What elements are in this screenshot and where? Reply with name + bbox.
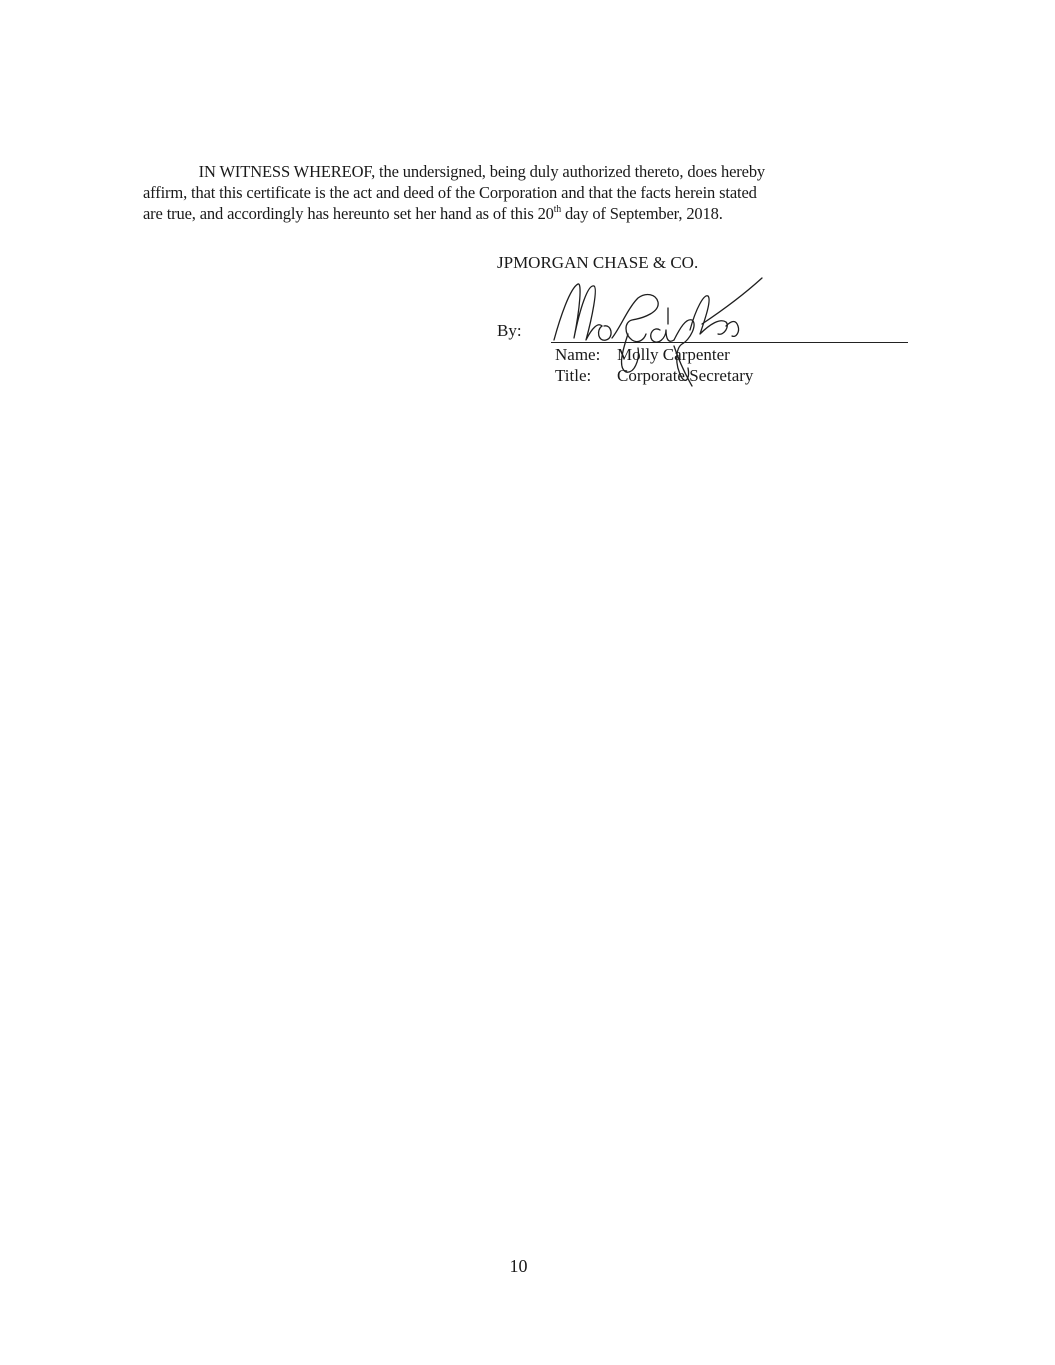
page-number: 10 <box>0 1256 1037 1277</box>
witness-line-3-after: day of September, 2018. <box>561 204 723 223</box>
signatory-name: Molly Carpenter <box>617 344 730 365</box>
witness-line-2: affirm, that this certificate is the act… <box>143 182 882 203</box>
signatory-details: Name: Molly Carpenter Title: Corporate S… <box>555 344 753 386</box>
name-label: Name: <box>555 344 617 365</box>
signatory-title-row: Title: Corporate Secretary <box>555 365 753 386</box>
witness-line-3-before: are true, and accordingly has hereunto s… <box>143 204 554 223</box>
witness-paragraph: IN WITNESS WHEREOF, the undersigned, bei… <box>143 161 882 224</box>
document-page: IN WITNESS WHEREOF, the undersigned, bei… <box>0 0 1055 1365</box>
witness-line-3: are true, and accordingly has hereunto s… <box>143 203 882 224</box>
signatory-name-row: Name: Molly Carpenter <box>555 344 753 365</box>
by-label: By: <box>497 321 522 341</box>
witness-line-1: IN WITNESS WHEREOF, the undersigned, bei… <box>143 161 882 182</box>
signatory-title: Corporate Secretary <box>617 365 753 386</box>
title-label: Title: <box>555 365 617 386</box>
